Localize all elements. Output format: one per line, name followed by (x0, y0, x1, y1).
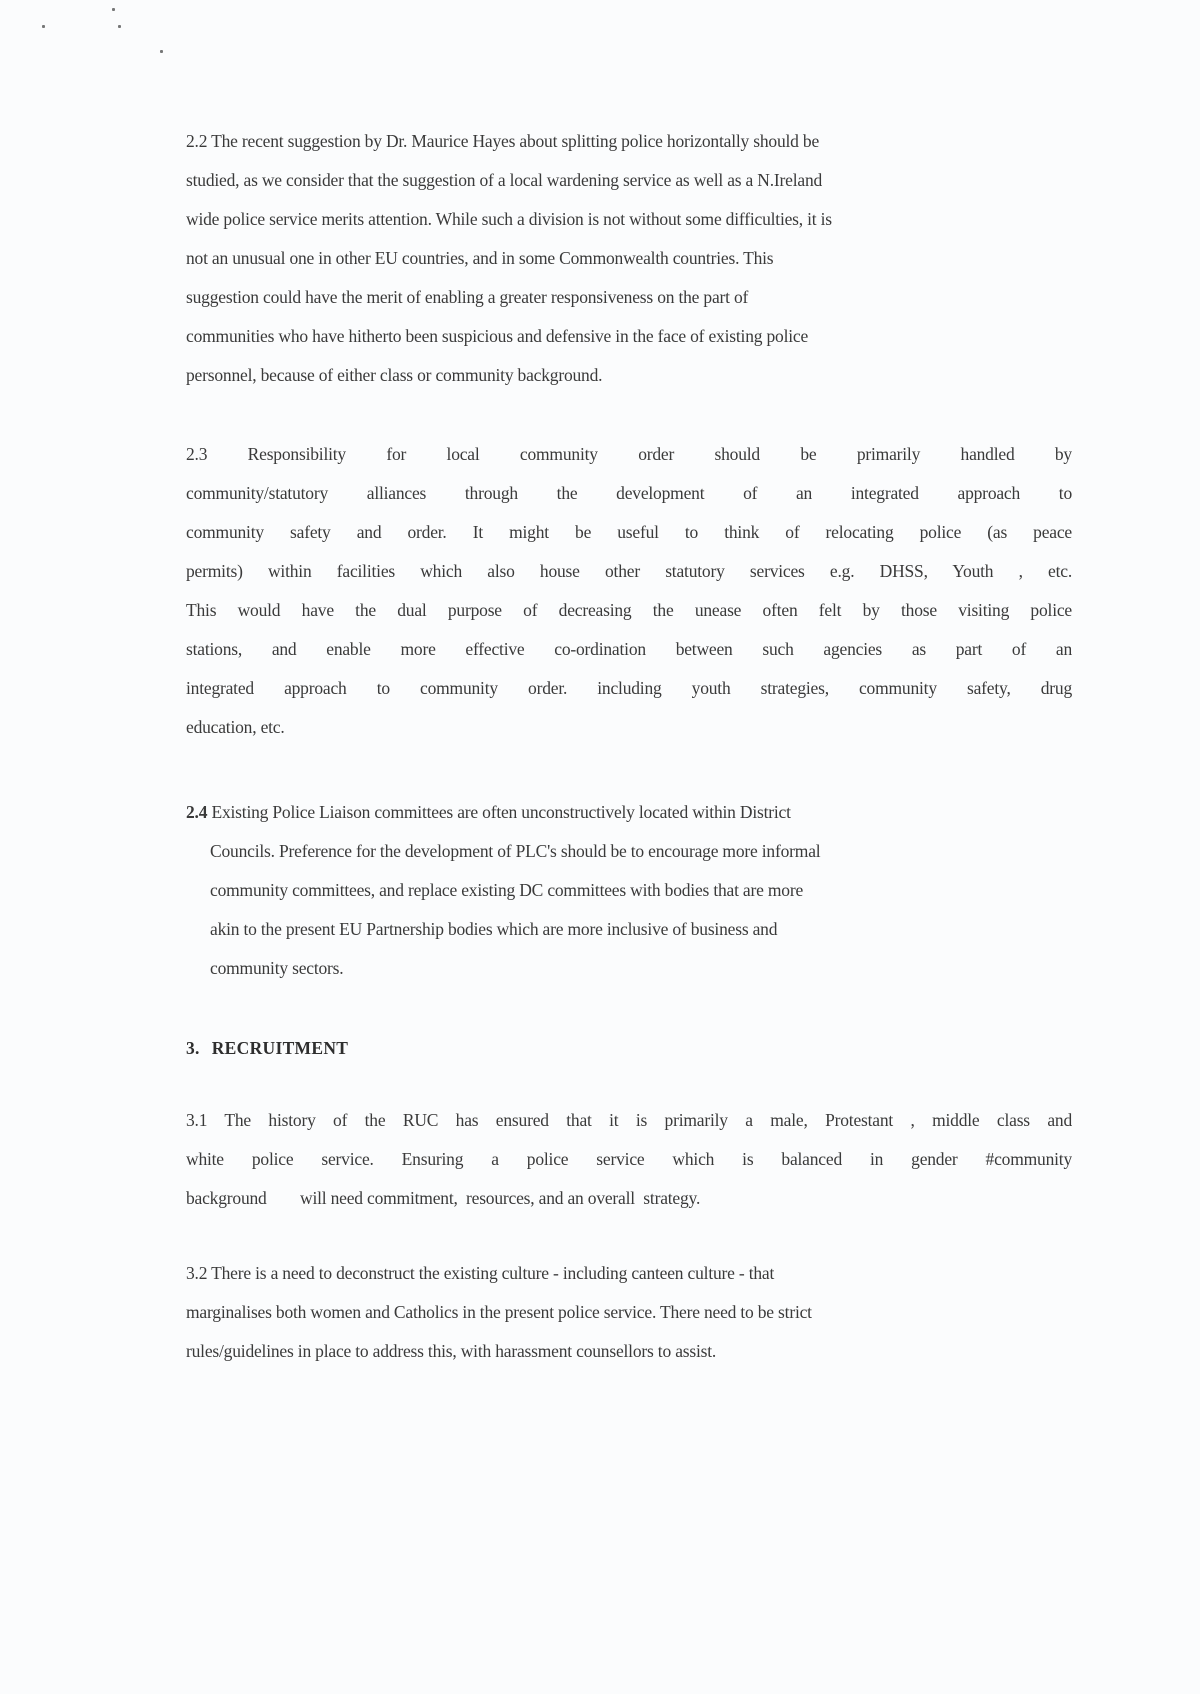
paragraph-number: 3.2 (186, 1263, 207, 1283)
paragraph-3-1: 3.1 The history of the RUC has ensured t… (186, 1101, 1072, 1218)
paragraph-3-2: 3.2 There is a need to deconstruct the e… (186, 1254, 1072, 1371)
section-number: 3. (186, 1038, 200, 1058)
scanned-document-page: 2.2 The recent suggestion by Dr. Maurice… (0, 0, 1200, 1694)
section-heading-recruitment: 3.RECRUITMENT (186, 1038, 348, 1059)
scan-speck (118, 25, 121, 28)
paragraph-number: 2.2 (186, 131, 207, 151)
paragraph-number: 2.3 (186, 444, 207, 464)
section-title: RECRUITMENT (212, 1038, 349, 1058)
scan-speck (160, 50, 163, 53)
paragraph-2-3: 2.3 Responsibility for local community o… (186, 435, 1072, 747)
paragraph-2-4: 2.4 Existing Police Liaison committees a… (186, 793, 1072, 988)
paragraph-number: 3.1 (186, 1110, 207, 1130)
scan-speck (42, 25, 45, 28)
scan-speck (112, 8, 115, 11)
paragraph-number: 2.4 (186, 802, 207, 822)
paragraph-2-2: 2.2 The recent suggestion by Dr. Maurice… (186, 122, 1072, 395)
